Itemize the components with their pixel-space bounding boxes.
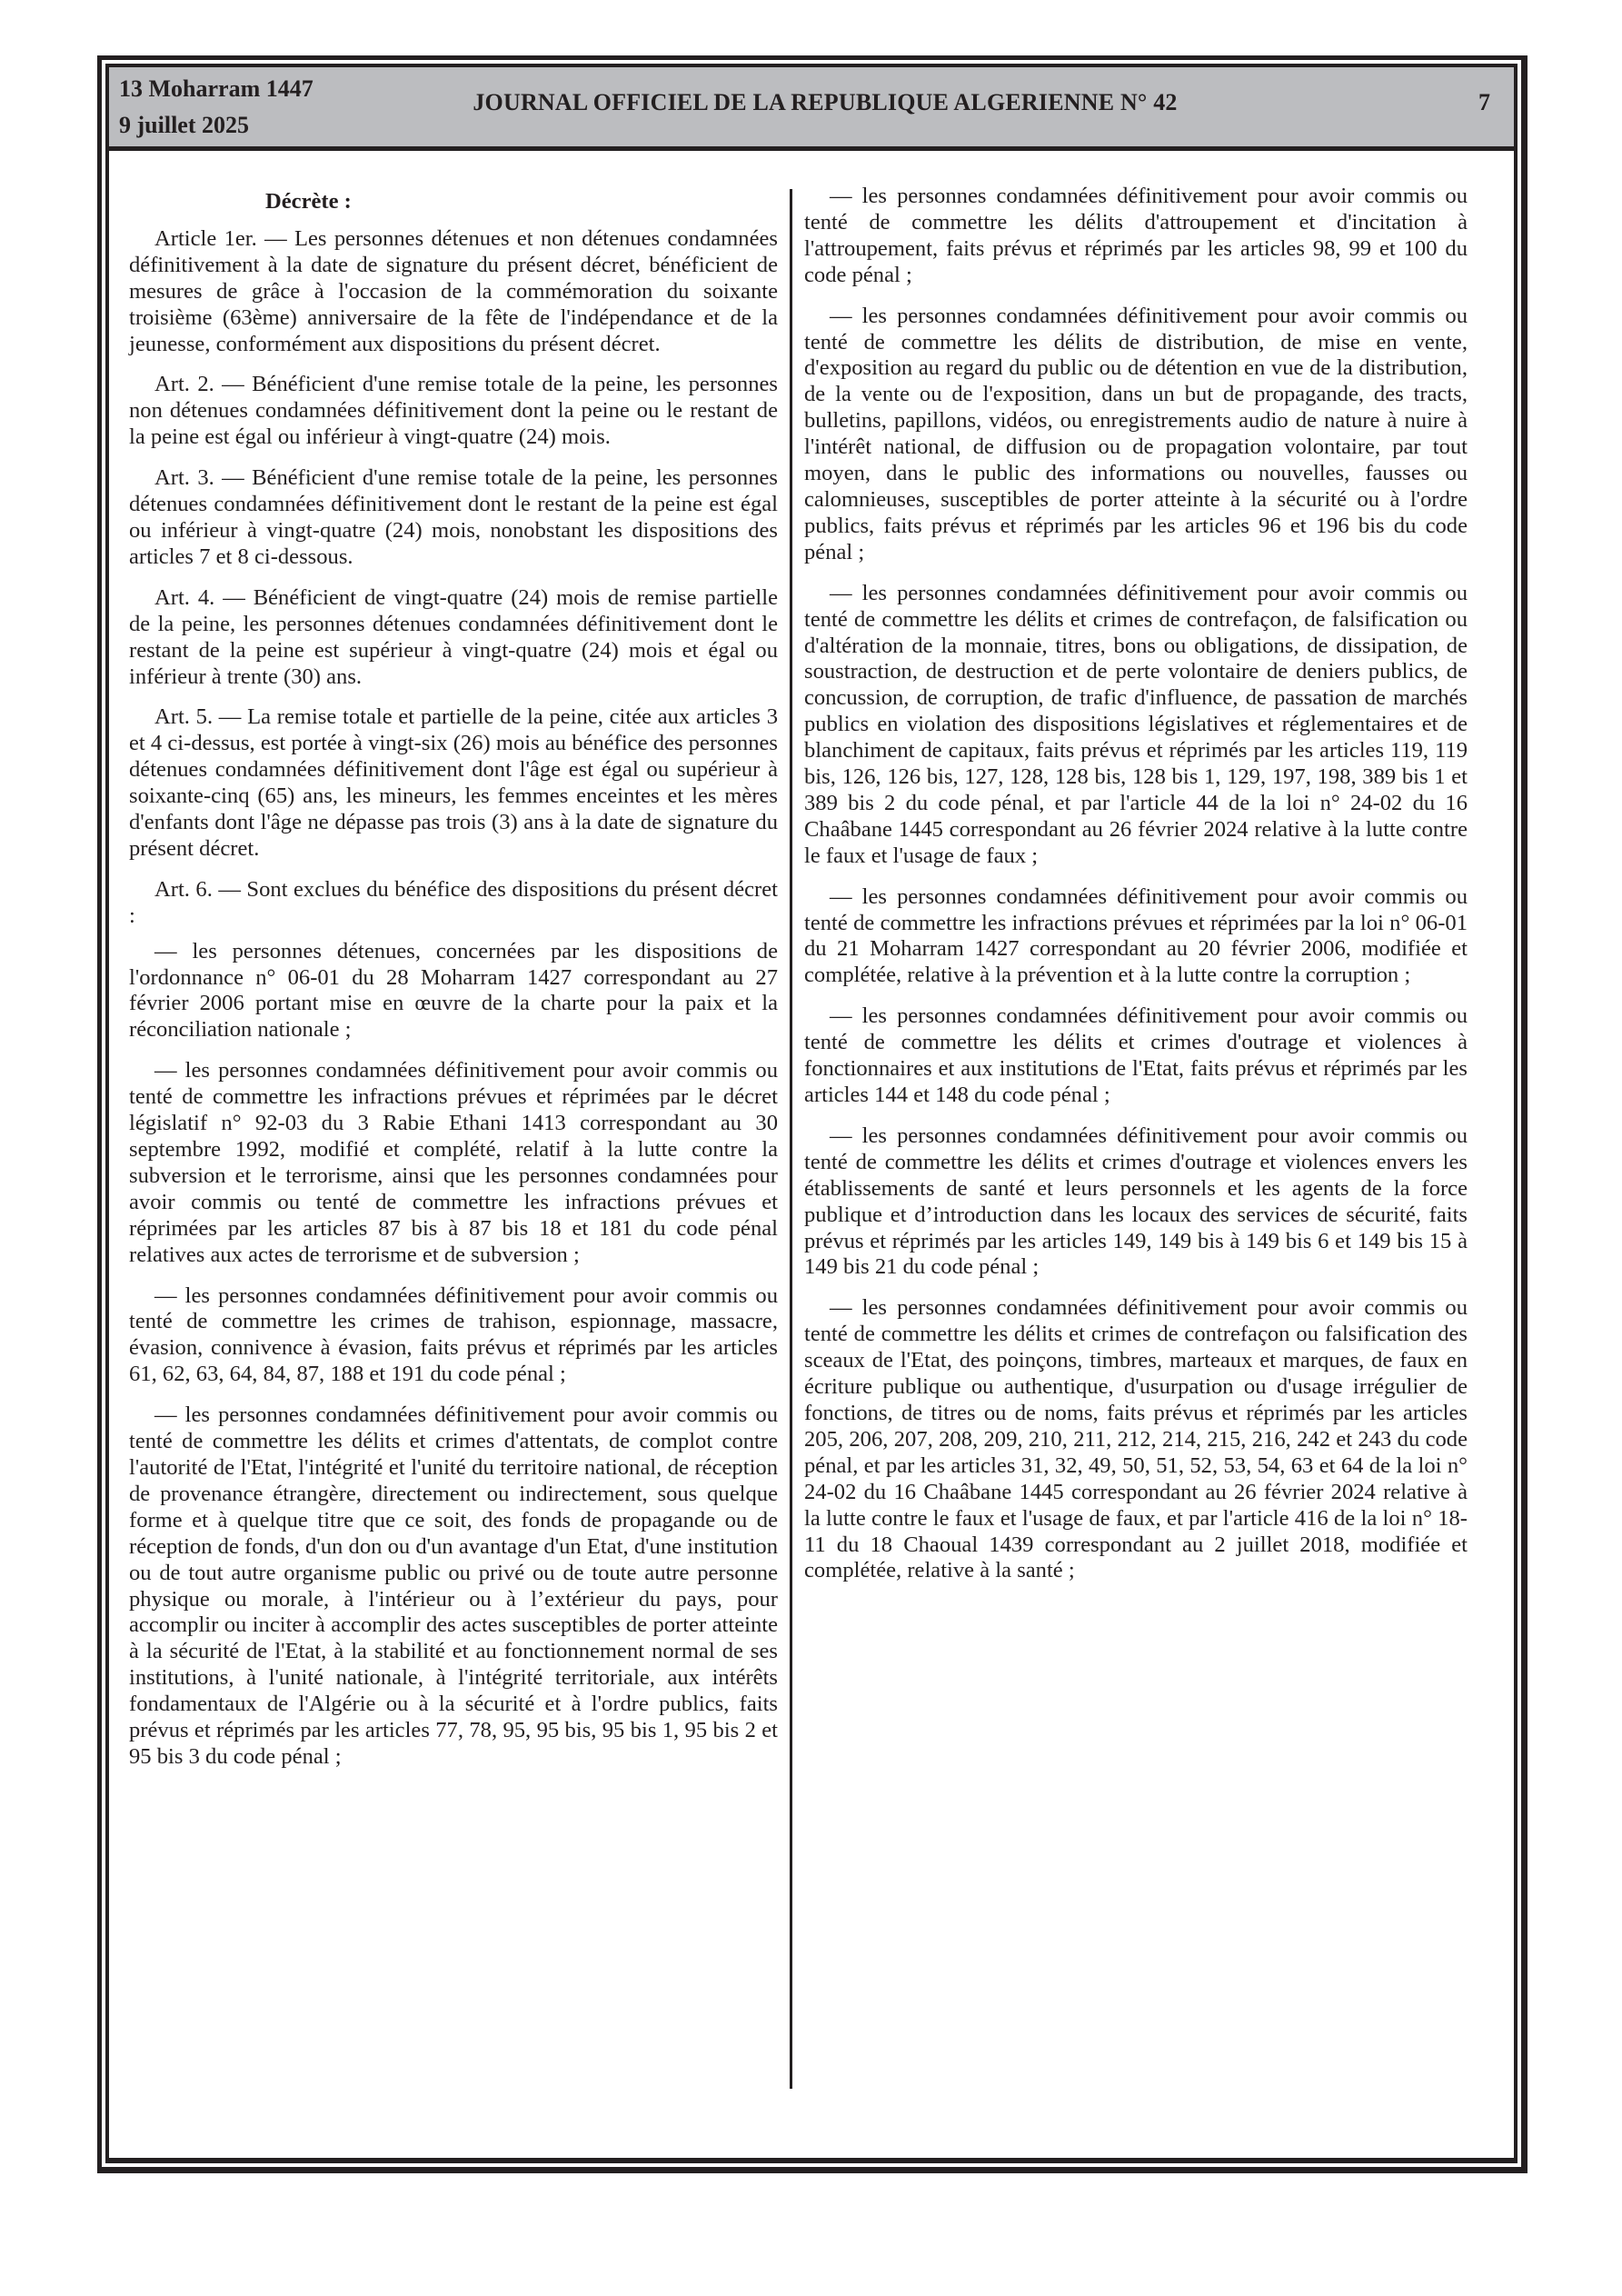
exclusion-item: — les personnes condamnées définitivemen… [804, 884, 1468, 990]
document-body: Décrète : Article 1er. — Les personnes d… [109, 151, 1514, 2158]
decree-heading: Décrète : [129, 189, 778, 215]
exclusion-item: — les personnes condamnées définitivemen… [129, 1403, 778, 1771]
exclusion-item: — les personnes condamnées définitivemen… [129, 1058, 778, 1268]
article-1: Article 1er. — Les personnes détenues et… [129, 226, 778, 358]
column-divider [790, 189, 792, 2089]
right-column: — les personnes condamnées définitivemen… [804, 184, 1468, 1599]
article-2: Art. 2. — Bénéficient d'une remise total… [129, 372, 778, 451]
article-3: Art. 3. — Bénéficient d'une remise total… [129, 465, 778, 571]
exclusion-item: — les personnes condamnées définitivemen… [129, 1283, 778, 1389]
exclusion-item: — les personnes condamnées définitivemen… [804, 1123, 1468, 1281]
journal-title: JOURNAL OFFICIEL DE LA REPUBLIQUE ALGERI… [109, 89, 1514, 116]
page-border-outer: 13 Moharram 1447 9 juillet 2025 JOURNAL … [97, 55, 1527, 2173]
article-4: Art. 4. — Bénéficient de vingt-quatre (2… [129, 585, 778, 691]
exclusion-item: — les personnes détenues, concernées par… [129, 939, 778, 1044]
exclusion-item: — les personnes condamnées définitivemen… [804, 184, 1468, 289]
article-5: Art. 5. — La remise totale et partielle … [129, 704, 778, 862]
left-column: Décrète : Article 1er. — Les personnes d… [129, 189, 778, 1785]
page-border-inner: 13 Moharram 1447 9 juillet 2025 JOURNAL … [105, 64, 1518, 2163]
exclusion-item: — les personnes condamnées définitivemen… [804, 1295, 1468, 1584]
exclusion-item: — les personnes condamnées définitivemen… [804, 304, 1468, 566]
article-6: Art. 6. — Sont exclues du bénéfice des d… [129, 877, 778, 930]
exclusion-item: — les personnes condamnées définitivemen… [804, 581, 1468, 870]
page-number: 7 [1478, 89, 1490, 116]
exclusion-item: — les personnes condamnées définitivemen… [804, 1003, 1468, 1109]
page-header: 13 Moharram 1447 9 juillet 2025 JOURNAL … [109, 67, 1514, 151]
